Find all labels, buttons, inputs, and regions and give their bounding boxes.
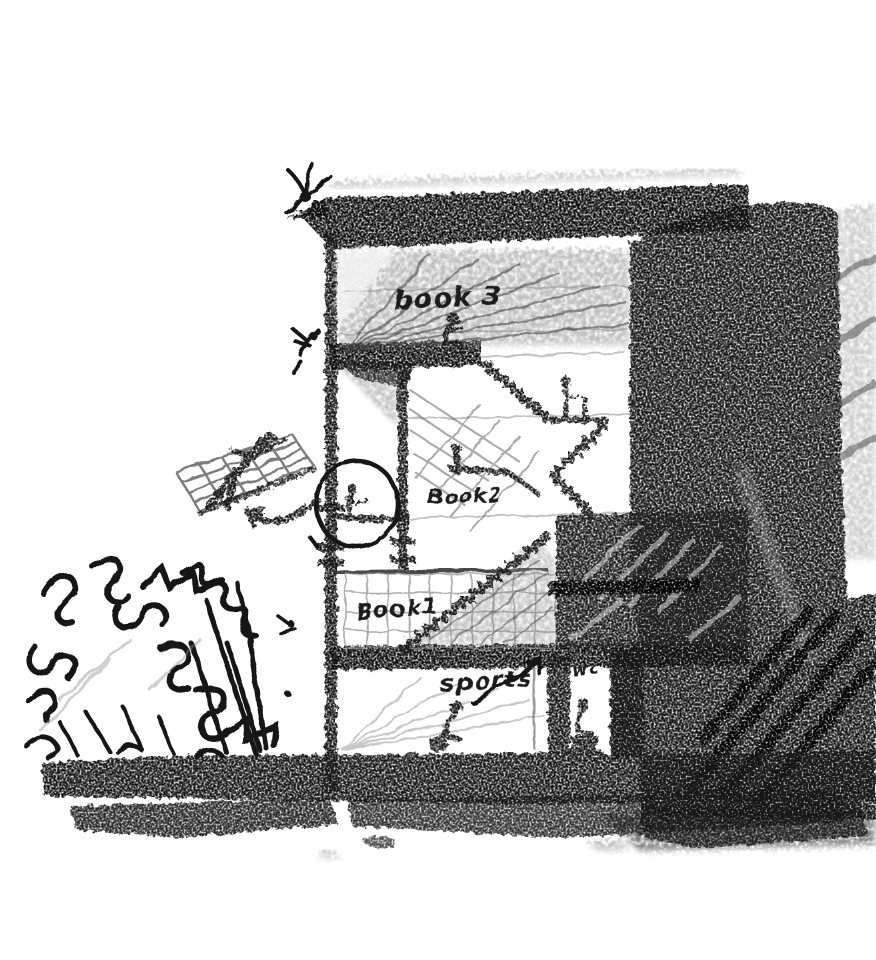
- stair-flight-lower: [550, 476, 590, 518]
- net-grid: [176, 434, 314, 512]
- bird-mid-icon: [292, 328, 318, 374]
- pier-wall: [548, 656, 570, 754]
- ground: [42, 750, 876, 861]
- roof-halo: [330, 172, 742, 186]
- sketch-canvas: book 3 Book2 Book1 sports wc: [0, 0, 876, 960]
- callout-dash: [309, 536, 318, 548]
- stair-flight-mid: [550, 426, 606, 474]
- wc-right-wall: [610, 650, 644, 756]
- book2-crosshatch: [410, 390, 540, 532]
- ground-smudge-1: [318, 851, 342, 861]
- standing-figure-landing: [561, 377, 589, 420]
- stair-shadow-block: [548, 510, 748, 648]
- sports-door-line: [533, 664, 535, 750]
- ground-blob: [364, 836, 396, 848]
- label-wc: wc: [571, 658, 602, 682]
- leaf-mark: [283, 689, 294, 699]
- toilet-figure-wc: [567, 698, 602, 754]
- book2-corner-shade: [340, 368, 398, 428]
- sketch-page: book 3 Book2 Book1 sports wc: [0, 0, 876, 960]
- ground-smudge-2: [590, 840, 630, 852]
- label-level3: book 3: [393, 280, 503, 317]
- stair-flight-upper: [481, 364, 608, 420]
- ground-stroke-left: [70, 798, 338, 838]
- bush-bottom-squiggles: [26, 737, 222, 758]
- hammock-net: [176, 433, 316, 514]
- bush-grass: [60, 706, 174, 756]
- level1-book1-room: Book1: [346, 536, 556, 648]
- callout-arrow: [260, 500, 318, 521]
- level3-book3-room: book 3: [338, 250, 630, 353]
- label-level2: Book2: [428, 483, 504, 510]
- left-post: [325, 233, 337, 793]
- bird-low-icon: [278, 616, 295, 633]
- bushes: [26, 559, 276, 758]
